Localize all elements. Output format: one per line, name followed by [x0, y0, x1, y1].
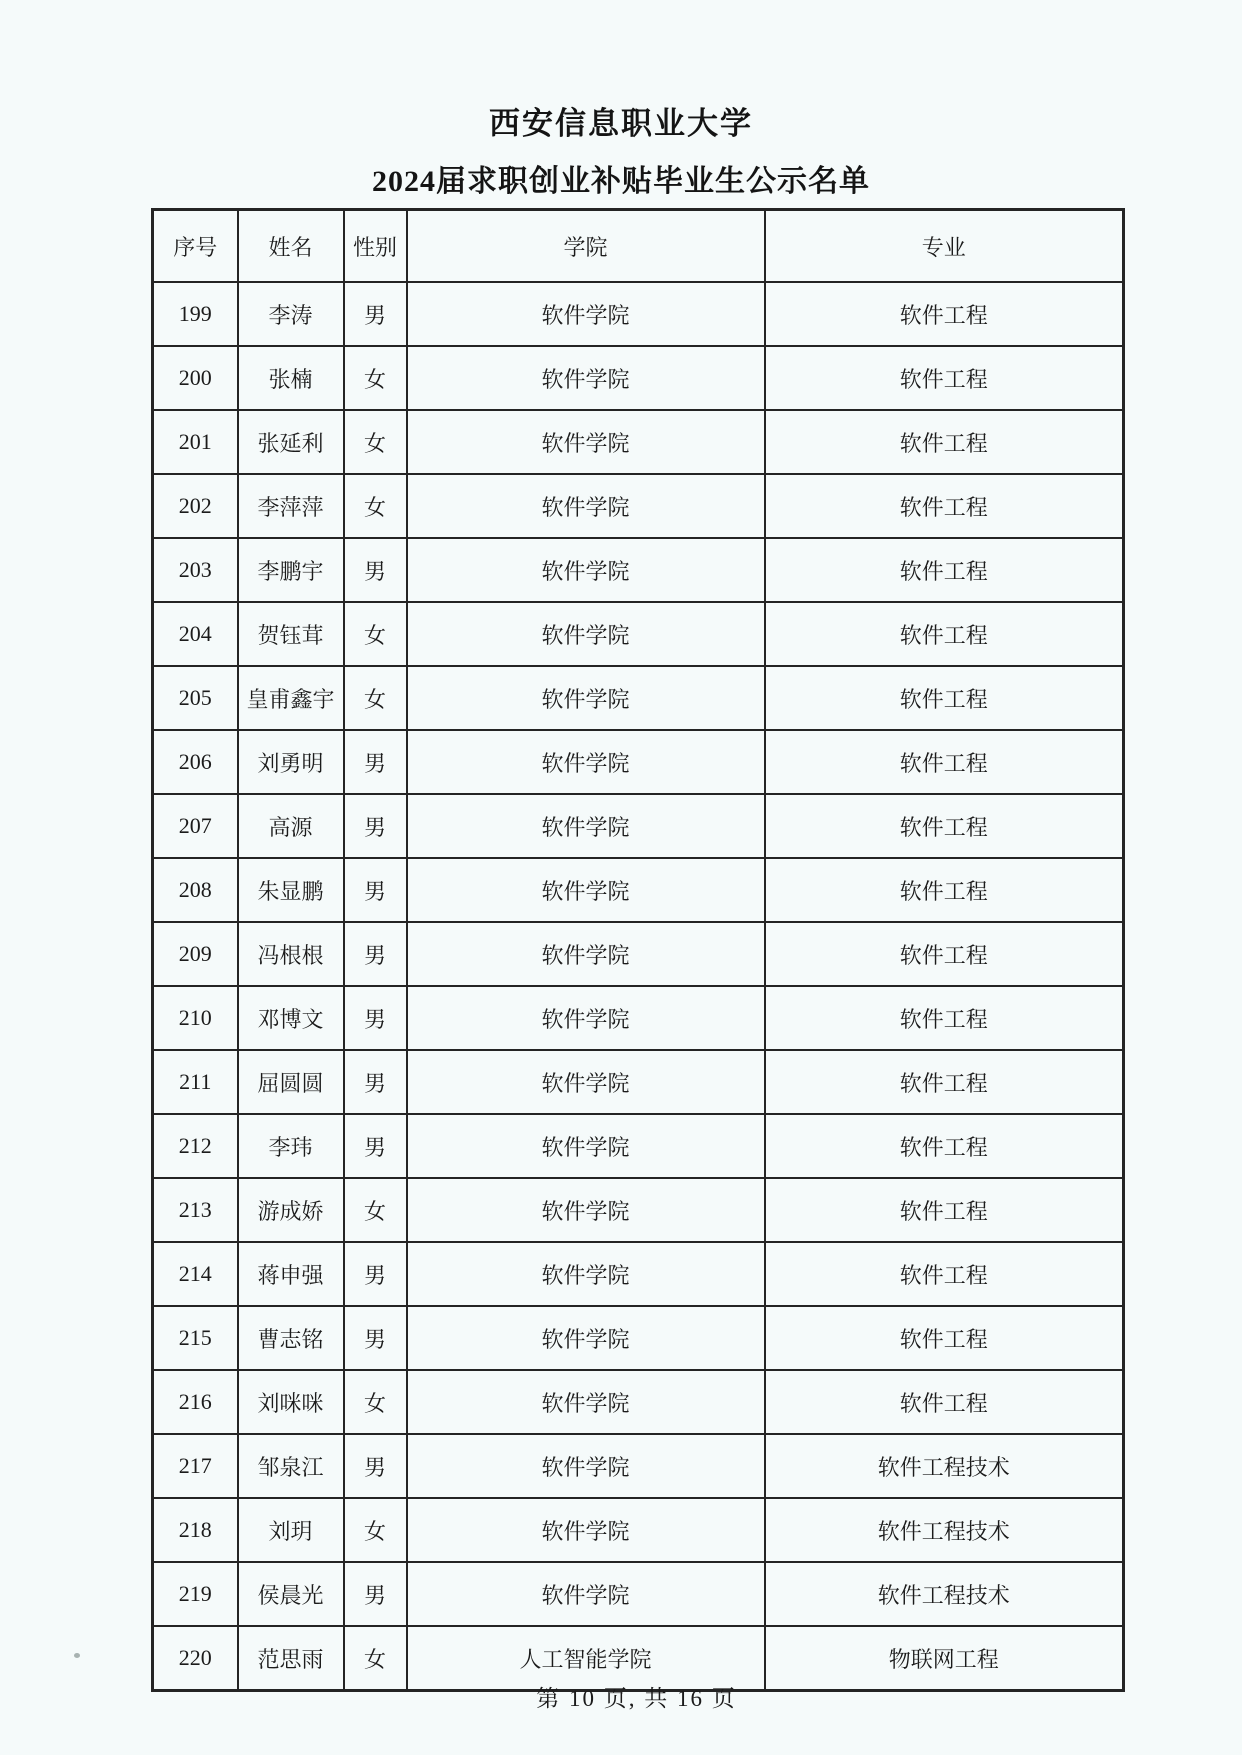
cell-major: 软件工程	[765, 730, 1124, 794]
cell-college: 软件学院	[407, 1306, 765, 1370]
table-row: 202李萍萍女软件学院软件工程	[153, 474, 1124, 538]
column-header-index: 序号	[153, 210, 238, 283]
cell-gender: 男	[344, 858, 407, 922]
cell-major: 软件工程	[765, 1050, 1124, 1114]
cell-major: 软件工程	[765, 858, 1124, 922]
table-row: 219侯晨光男软件学院软件工程技术	[153, 1562, 1124, 1626]
cell-index: 211	[153, 1050, 238, 1114]
cell-college: 软件学院	[407, 666, 765, 730]
cell-college: 软件学院	[407, 474, 765, 538]
cell-index: 212	[153, 1114, 238, 1178]
cell-index: 202	[153, 474, 238, 538]
cell-name: 刘勇明	[238, 730, 344, 794]
table-row: 216刘咪咪女软件学院软件工程	[153, 1370, 1124, 1434]
cell-index: 216	[153, 1370, 238, 1434]
cell-name: 蒋申强	[238, 1242, 344, 1306]
cell-college: 软件学院	[407, 986, 765, 1050]
cell-major: 软件工程技术	[765, 1562, 1124, 1626]
table-row: 201张延利女软件学院软件工程	[153, 410, 1124, 474]
cell-name: 冯根根	[238, 922, 344, 986]
cell-index: 199	[153, 282, 238, 346]
cell-index: 213	[153, 1178, 238, 1242]
cell-gender: 女	[344, 666, 407, 730]
table-row: 211屈圆圆男软件学院软件工程	[153, 1050, 1124, 1114]
cell-index: 214	[153, 1242, 238, 1306]
cell-college: 软件学院	[407, 602, 765, 666]
cell-college: 软件学院	[407, 1562, 765, 1626]
cell-major: 软件工程	[765, 1306, 1124, 1370]
table-body: 199李涛男软件学院软件工程200张楠女软件学院软件工程201张延利女软件学院软…	[153, 282, 1124, 1691]
cell-gender: 女	[344, 1370, 407, 1434]
graduates-table: 序号 姓名 性别 学院 专业 199李涛男软件学院软件工程200张楠女软件学院软…	[151, 208, 1125, 1692]
cell-index: 203	[153, 538, 238, 602]
table-row: 212李玮男软件学院软件工程	[153, 1114, 1124, 1178]
cell-gender: 男	[344, 794, 407, 858]
table-row: 200张楠女软件学院软件工程	[153, 346, 1124, 410]
cell-gender: 男	[344, 1242, 407, 1306]
cell-index: 209	[153, 922, 238, 986]
cell-college: 软件学院	[407, 730, 765, 794]
table-row: 218刘玥女软件学院软件工程技术	[153, 1498, 1124, 1562]
cell-name: 刘玥	[238, 1498, 344, 1562]
cell-major: 软件工程	[765, 986, 1124, 1050]
document-page: 西安信息职业大学 2024届求职创业补贴毕业生公示名单 序号 姓名 性别 学院 …	[0, 0, 1242, 1755]
cell-name: 刘咪咪	[238, 1370, 344, 1434]
cell-name: 邹泉江	[238, 1434, 344, 1498]
cell-index: 204	[153, 602, 238, 666]
table-header-row: 序号 姓名 性别 学院 专业	[153, 210, 1124, 283]
table-row: 205皇甫鑫宇女软件学院软件工程	[153, 666, 1124, 730]
page-number: 第 10 页, 共 16 页	[151, 1680, 1122, 1713]
cell-name: 贺钰茸	[238, 602, 344, 666]
cell-name: 张延利	[238, 410, 344, 474]
table-row: 203李鹏宇男软件学院软件工程	[153, 538, 1124, 602]
cell-college: 软件学院	[407, 1370, 765, 1434]
cell-gender: 女	[344, 410, 407, 474]
cell-gender: 女	[344, 474, 407, 538]
cell-gender: 女	[344, 1498, 407, 1562]
cell-major: 软件工程	[765, 666, 1124, 730]
cell-name: 高源	[238, 794, 344, 858]
column-header-major: 专业	[765, 210, 1124, 283]
cell-college: 软件学院	[407, 282, 765, 346]
cell-major: 软件工程	[765, 602, 1124, 666]
table-row: 214蒋申强男软件学院软件工程	[153, 1242, 1124, 1306]
cell-index: 205	[153, 666, 238, 730]
document-subtitle: 2024届求职创业补贴毕业生公示名单	[0, 156, 1242, 200]
cell-college: 软件学院	[407, 1434, 765, 1498]
cell-gender: 男	[344, 1114, 407, 1178]
column-header-gender: 性别	[344, 210, 407, 283]
cell-gender: 女	[344, 346, 407, 410]
cell-college: 软件学院	[407, 410, 765, 474]
cell-index: 210	[153, 986, 238, 1050]
cell-college: 软件学院	[407, 922, 765, 986]
cell-major: 软件工程	[765, 346, 1124, 410]
cell-major: 软件工程	[765, 474, 1124, 538]
cell-index: 200	[153, 346, 238, 410]
cell-gender: 男	[344, 730, 407, 794]
cell-major: 软件工程	[765, 410, 1124, 474]
cell-college: 软件学院	[407, 538, 765, 602]
cell-college: 软件学院	[407, 1242, 765, 1306]
document-title: 西安信息职业大学	[0, 98, 1242, 143]
column-header-college: 学院	[407, 210, 765, 283]
cell-index: 218	[153, 1498, 238, 1562]
table-row: 213游成娇女软件学院软件工程	[153, 1178, 1124, 1242]
cell-name: 邓博文	[238, 986, 344, 1050]
cell-index: 215	[153, 1306, 238, 1370]
cell-major: 软件工程	[765, 538, 1124, 602]
cell-college: 软件学院	[407, 346, 765, 410]
cell-index: 207	[153, 794, 238, 858]
cell-gender: 男	[344, 1434, 407, 1498]
cell-major: 软件工程技术	[765, 1498, 1124, 1562]
cell-major: 软件工程	[765, 922, 1124, 986]
cell-name: 屈圆圆	[238, 1050, 344, 1114]
cell-college: 软件学院	[407, 1114, 765, 1178]
cell-gender: 男	[344, 538, 407, 602]
column-header-name: 姓名	[238, 210, 344, 283]
cell-index: 206	[153, 730, 238, 794]
table-row: 204贺钰茸女软件学院软件工程	[153, 602, 1124, 666]
cell-major: 软件工程技术	[765, 1434, 1124, 1498]
cell-gender: 男	[344, 986, 407, 1050]
table-row: 210邓博文男软件学院软件工程	[153, 986, 1124, 1050]
table-row: 199李涛男软件学院软件工程	[153, 282, 1124, 346]
cell-name: 张楠	[238, 346, 344, 410]
cell-name: 侯晨光	[238, 1562, 344, 1626]
table-row: 206刘勇明男软件学院软件工程	[153, 730, 1124, 794]
cell-name: 李涛	[238, 282, 344, 346]
cell-name: 朱显鹏	[238, 858, 344, 922]
cell-name: 皇甫鑫宇	[238, 666, 344, 730]
cell-major: 软件工程	[765, 794, 1124, 858]
table-row: 215曹志铭男软件学院软件工程	[153, 1306, 1124, 1370]
cell-index: 217	[153, 1434, 238, 1498]
table-row: 207高源男软件学院软件工程	[153, 794, 1124, 858]
cell-gender: 女	[344, 602, 407, 666]
cell-gender: 男	[344, 1562, 407, 1626]
table-row: 217邹泉江男软件学院软件工程技术	[153, 1434, 1124, 1498]
cell-gender: 男	[344, 1050, 407, 1114]
table-row: 208朱显鹏男软件学院软件工程	[153, 858, 1124, 922]
cell-gender: 男	[344, 282, 407, 346]
cell-index: 201	[153, 410, 238, 474]
cell-major: 软件工程	[765, 282, 1124, 346]
cell-name: 李鹏宇	[238, 538, 344, 602]
cell-index: 208	[153, 858, 238, 922]
cell-name: 李玮	[238, 1114, 344, 1178]
cell-major: 软件工程	[765, 1370, 1124, 1434]
cell-gender: 女	[344, 1178, 407, 1242]
cell-major: 软件工程	[765, 1114, 1124, 1178]
scan-speck	[74, 1653, 80, 1658]
table-row: 209冯根根男软件学院软件工程	[153, 922, 1124, 986]
cell-college: 软件学院	[407, 1498, 765, 1562]
cell-major: 软件工程	[765, 1242, 1124, 1306]
cell-name: 游成娇	[238, 1178, 344, 1242]
cell-college: 软件学院	[407, 1050, 765, 1114]
cell-college: 软件学院	[407, 1178, 765, 1242]
cell-college: 软件学院	[407, 858, 765, 922]
cell-major: 软件工程	[765, 1178, 1124, 1242]
cell-index: 219	[153, 1562, 238, 1626]
cell-name: 曹志铭	[238, 1306, 344, 1370]
cell-college: 软件学院	[407, 794, 765, 858]
cell-gender: 男	[344, 1306, 407, 1370]
cell-gender: 男	[344, 922, 407, 986]
cell-name: 李萍萍	[238, 474, 344, 538]
